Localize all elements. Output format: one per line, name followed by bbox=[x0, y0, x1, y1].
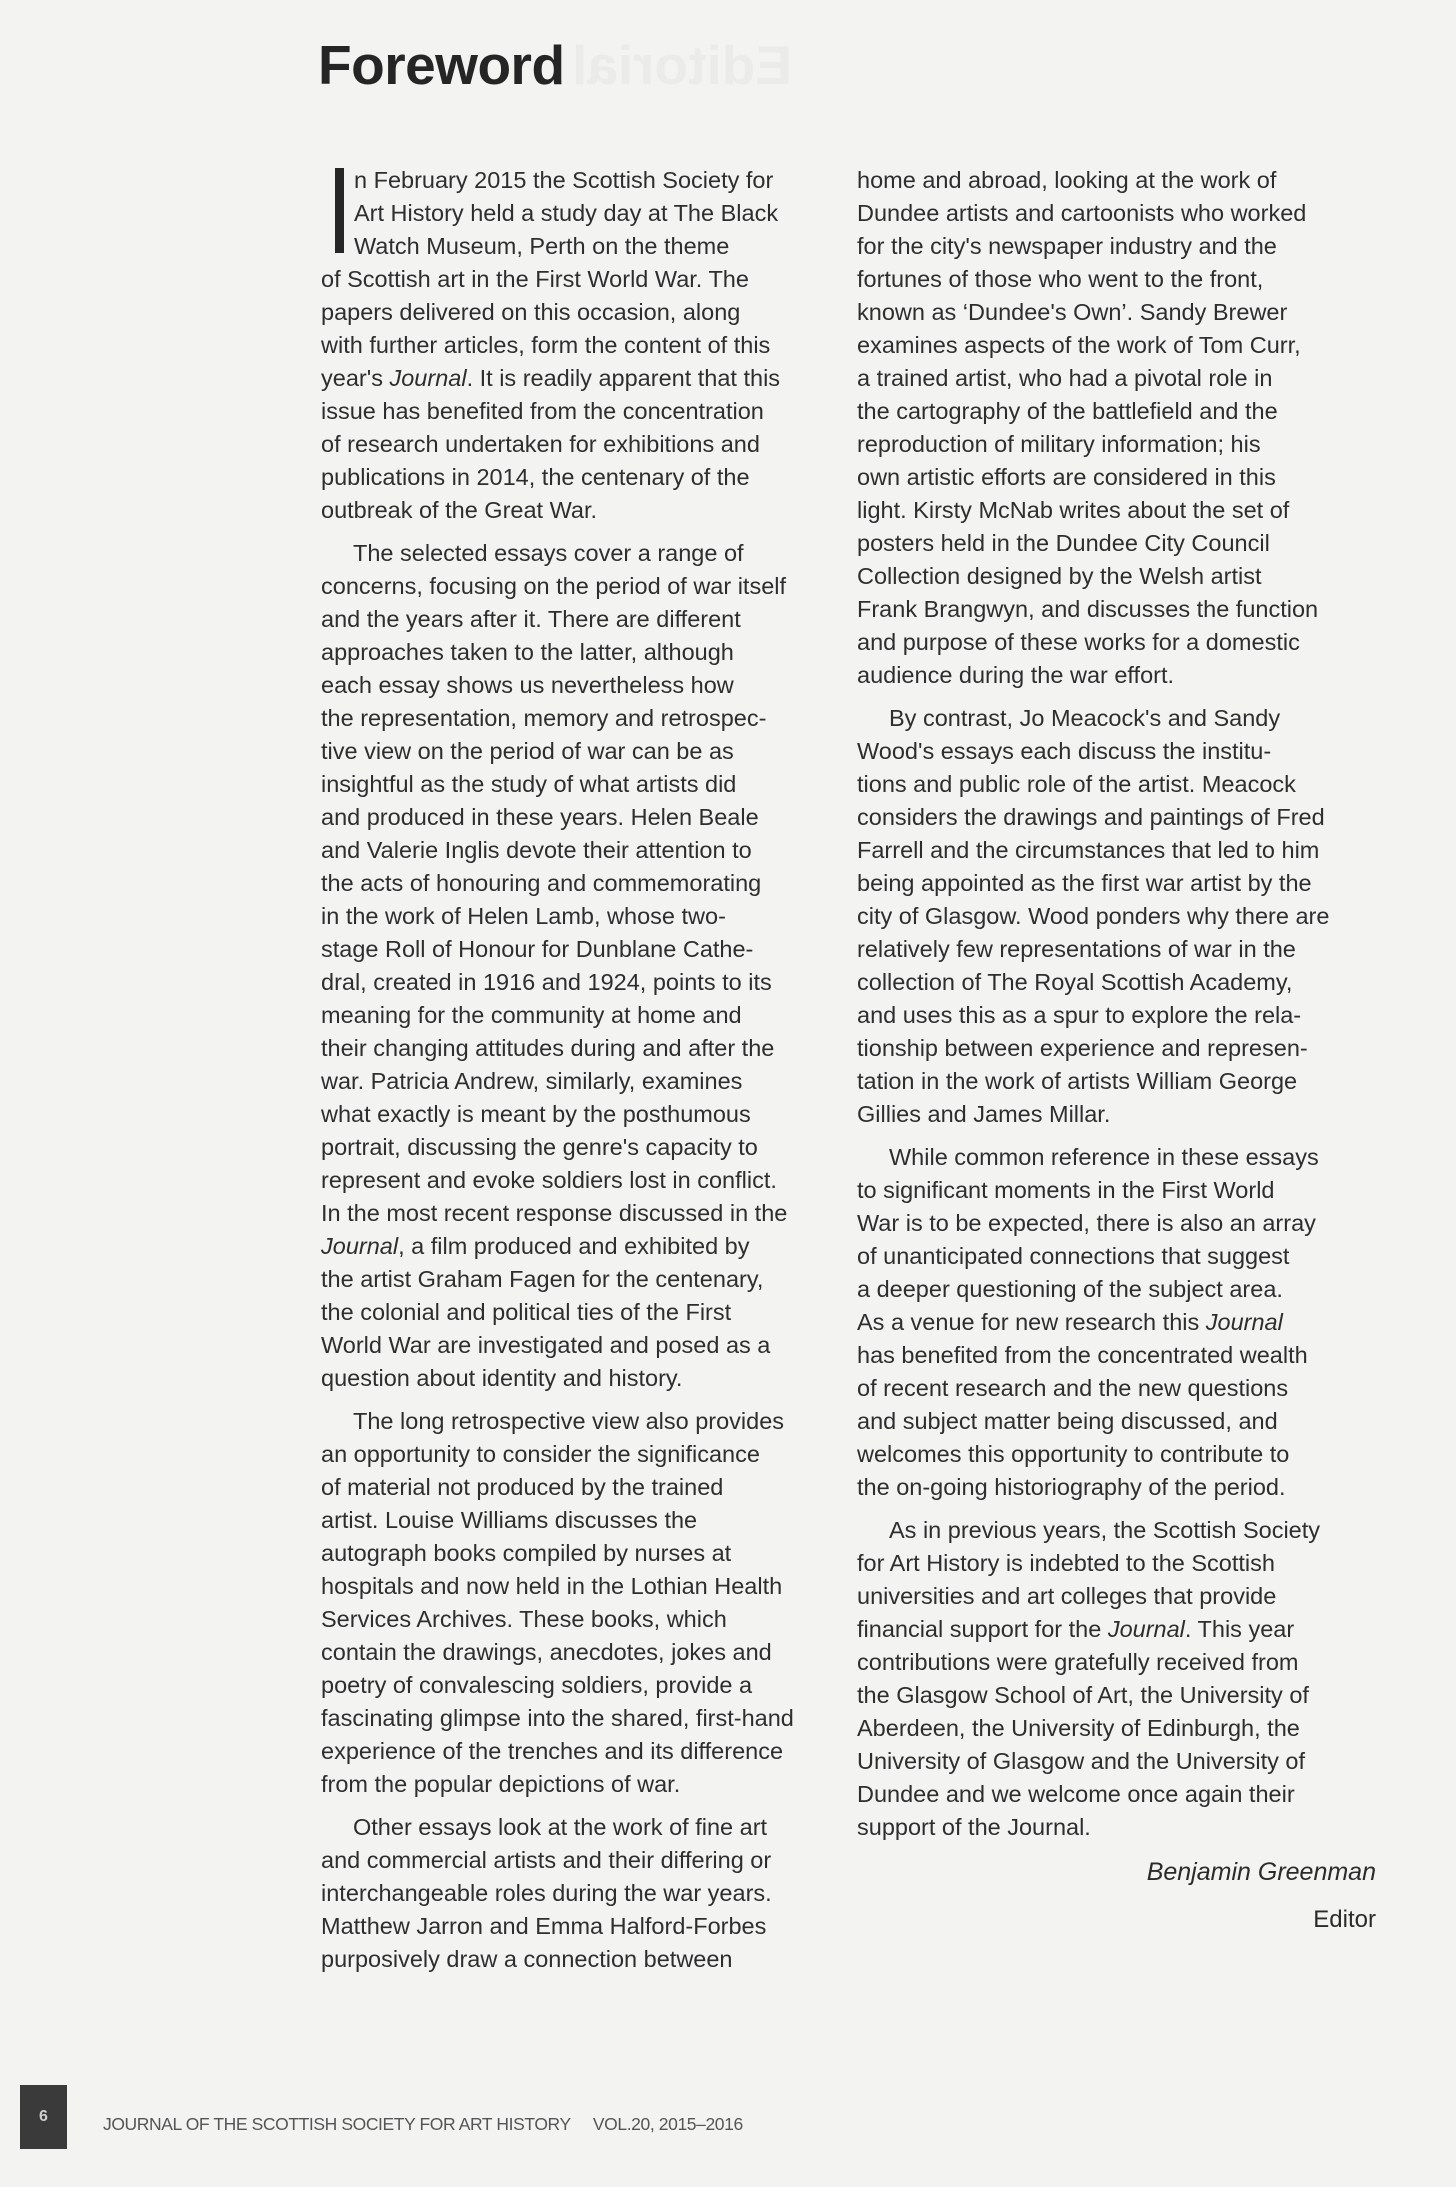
text-line: and produced in these years. Helen Beale bbox=[321, 801, 841, 834]
text-line: represent and evoke soldiers lost in con… bbox=[321, 1164, 841, 1197]
signature-name: Benjamin Greenman bbox=[1147, 1858, 1376, 1887]
text-line: and uses this as a spur to explore the r… bbox=[857, 999, 1377, 1032]
text-line: Aberdeen, the University of Edinburgh, t… bbox=[857, 1712, 1377, 1745]
text-line: contain the drawings, anecdotes, jokes a… bbox=[321, 1636, 841, 1669]
text-line: for the city's newspaper industry and th… bbox=[857, 230, 1377, 263]
text-line: light. Kirsty McNab writes about the set… bbox=[857, 494, 1377, 527]
journal-title: JOURNAL OF THE SCOTTISH SOCIETY FOR ART … bbox=[103, 2114, 570, 2134]
text-line: Farrell and the circumstances that led t… bbox=[857, 834, 1377, 867]
text-line: home and abroad, looking at the work of bbox=[857, 164, 1377, 197]
text-line: Art History held a study day at The Blac… bbox=[321, 197, 841, 230]
text-line: dral, created in 1916 and 1924, points t… bbox=[321, 966, 841, 999]
text-line: contributions were gratefully received f… bbox=[857, 1646, 1377, 1679]
text-line: issue has benefited from the concentrati… bbox=[321, 395, 841, 428]
italic-journal: Journal bbox=[1206, 1309, 1283, 1335]
text-line: Services Archives. These books, which bbox=[321, 1603, 841, 1636]
page-number-badge: 6 bbox=[20, 2085, 67, 2149]
text-line: an opportunity to consider the significa… bbox=[321, 1438, 841, 1471]
paragraph-continued: home and abroad, looking at the work ofD… bbox=[857, 164, 1377, 692]
text-line: and purpose of these works for a domesti… bbox=[857, 626, 1377, 659]
text-line: artist. Louise Williams discusses the bbox=[321, 1504, 841, 1537]
text-line: and subject matter being discussed, and bbox=[857, 1405, 1377, 1438]
text-line: concerns, focusing on the period of war … bbox=[321, 570, 841, 603]
text-line: publications in 2014, the centenary of t… bbox=[321, 461, 841, 494]
text-line: tive view on the period of war can be as bbox=[321, 735, 841, 768]
text-line: has benefited from the concentrated weal… bbox=[857, 1339, 1377, 1372]
right-column: home and abroad, looking at the work ofD… bbox=[857, 164, 1377, 1854]
text-line: universities and art colleges that provi… bbox=[857, 1580, 1377, 1613]
text-line: of recent research and the new questions bbox=[857, 1372, 1377, 1405]
volume-years: 2015–2016 bbox=[659, 2114, 743, 2134]
page-number: 6 bbox=[39, 2108, 48, 2126]
text-line: autograph books compiled by nurses at bbox=[321, 1537, 841, 1570]
text-line: Watch Museum, Perth on the theme bbox=[321, 230, 841, 263]
text-line: tation in the work of artists William Ge… bbox=[857, 1065, 1377, 1098]
text-line: portrait, discussing the genre's capacit… bbox=[321, 1131, 841, 1164]
text-line: papers delivered on this occasion, along bbox=[321, 296, 841, 329]
text-line: While common reference in these essays bbox=[857, 1141, 1377, 1174]
left-column: n February 2015 the Scottish Society for… bbox=[321, 164, 841, 1986]
text-line: tions and public role of the artist. Mea… bbox=[857, 768, 1377, 801]
text-line: relatively few representations of war in… bbox=[857, 933, 1377, 966]
text-line: Dundee and we welcome once again their bbox=[857, 1778, 1377, 1811]
paragraph: By contrast, Jo Meacock's and SandyWood'… bbox=[857, 702, 1377, 1131]
text-line: question about identity and history. bbox=[321, 1362, 841, 1395]
text-line: a trained artist, who had a pivotal role… bbox=[857, 362, 1377, 395]
text-line: Matthew Jarron and Emma Halford-Forbes bbox=[321, 1910, 841, 1943]
text-line: tionship between experience and represen… bbox=[857, 1032, 1377, 1065]
paragraph: The long retrospective view also provide… bbox=[321, 1405, 841, 1801]
text-line: collection of The Royal Scottish Academy… bbox=[857, 966, 1377, 999]
text-line: Wood's essays each discuss the institu- bbox=[857, 735, 1377, 768]
text-line: welcomes this opportunity to contribute … bbox=[857, 1438, 1377, 1471]
paragraph: The selected essays cover a range ofconc… bbox=[321, 537, 841, 1395]
text-line: Dundee artists and cartoonists who worke… bbox=[857, 197, 1377, 230]
text-line: Gillies and James Millar. bbox=[857, 1098, 1377, 1131]
text-line: of material not produced by the trained bbox=[321, 1471, 841, 1504]
text-line: war. Patricia Andrew, similarly, examine… bbox=[321, 1065, 841, 1098]
text-line: the on-going historiography of the perio… bbox=[857, 1471, 1377, 1504]
text-line: fascinating glimpse into the shared, fir… bbox=[321, 1702, 841, 1735]
text-line: poetry of convalescing soldiers, provide… bbox=[321, 1669, 841, 1702]
text-line: stage Roll of Honour for Dunblane Cathe- bbox=[321, 933, 841, 966]
text-line: and Valerie Inglis devote their attentio… bbox=[321, 834, 841, 867]
text-line: hospitals and now held in the Lothian He… bbox=[321, 1570, 841, 1603]
text-line: own artistic efforts are considered in t… bbox=[857, 461, 1377, 494]
text-line: their changing attitudes during and afte… bbox=[321, 1032, 841, 1065]
running-footer: JOURNAL OF THE SCOTTISH SOCIETY FOR ART … bbox=[103, 2114, 743, 2135]
text-line: to significant moments in the First Worl… bbox=[857, 1174, 1377, 1207]
text-line: financial support for the Journal. This … bbox=[857, 1613, 1377, 1646]
text-line: of research undertaken for exhibitions a… bbox=[321, 428, 841, 461]
text-line: meaning for the community at home and bbox=[321, 999, 841, 1032]
italic-journal: Journal bbox=[389, 365, 466, 391]
text-line: with further articles, form the content … bbox=[321, 329, 841, 362]
text-line: World War are investigated and posed as … bbox=[321, 1329, 841, 1362]
text-line: In the most recent response discussed in… bbox=[321, 1197, 841, 1230]
text-line: of unanticipated connections that sugges… bbox=[857, 1240, 1377, 1273]
text-line: known as ‘Dundee's Own’. Sandy Brewer bbox=[857, 296, 1377, 329]
text-line: posters held in the Dundee City Council bbox=[857, 527, 1377, 560]
text-line: outbreak of the Great War. bbox=[321, 494, 841, 527]
text-line: fortunes of those who went to the front, bbox=[857, 263, 1377, 296]
text-line: Frank Brangwyn, and discusses the functi… bbox=[857, 593, 1377, 626]
text-line: The long retrospective view also provide… bbox=[321, 1405, 841, 1438]
italic-journal: Journal bbox=[321, 1233, 398, 1259]
text-line: a deeper questioning of the subject area… bbox=[857, 1273, 1377, 1306]
text-line: the cartography of the battlefield and t… bbox=[857, 395, 1377, 428]
text-line: By contrast, Jo Meacock's and Sandy bbox=[857, 702, 1377, 735]
paragraph: As in previous years, the Scottish Socie… bbox=[857, 1514, 1377, 1844]
page-title: Foreword bbox=[318, 30, 565, 100]
text-line: War is to be expected, there is also an … bbox=[857, 1207, 1377, 1240]
drop-cap-i bbox=[335, 168, 344, 253]
paragraph: Other essays look at the work of fine ar… bbox=[321, 1811, 841, 1976]
text-line: and commercial artists and their differi… bbox=[321, 1844, 841, 1877]
text-line: in the work of Helen Lamb, whose two- bbox=[321, 900, 841, 933]
text-line: approaches taken to the latter, although bbox=[321, 636, 841, 669]
text-line: city of Glasgow. Wood ponders why there … bbox=[857, 900, 1377, 933]
paragraph: While common reference in these essaysto… bbox=[857, 1141, 1377, 1504]
volume-label: VOL.20, bbox=[593, 2114, 654, 2134]
italic-journal: Journal bbox=[1108, 1616, 1185, 1642]
bleed-through-title: Editorial bbox=[572, 30, 792, 100]
text-line: being appointed as the first war artist … bbox=[857, 867, 1377, 900]
text-line: examines aspects of the work of Tom Curr… bbox=[857, 329, 1377, 362]
text-line: As a venue for new research this Journal bbox=[857, 1306, 1377, 1339]
text-line: each essay shows us nevertheless how bbox=[321, 669, 841, 702]
text-line: experience of the trenches and its diffe… bbox=[321, 1735, 841, 1768]
text-line: what exactly is meant by the posthumous bbox=[321, 1098, 841, 1131]
text-line: n February 2015 the Scottish Society for bbox=[321, 164, 841, 197]
text-line: purposively draw a connection between bbox=[321, 1943, 841, 1976]
text-line: the artist Graham Fagen for the centenar… bbox=[321, 1263, 841, 1296]
text-line: of Scottish art in the First World War. … bbox=[321, 263, 841, 296]
text-line: audience during the war effort. bbox=[857, 659, 1377, 692]
text-line: from the popular depictions of war. bbox=[321, 1768, 841, 1801]
text-line: The selected essays cover a range of bbox=[321, 537, 841, 570]
text-line: considers the drawings and paintings of … bbox=[857, 801, 1377, 834]
signature-role: Editor bbox=[1313, 1906, 1376, 1934]
text-line: University of Glasgow and the University… bbox=[857, 1745, 1377, 1778]
text-line: year's Journal. It is readily apparent t… bbox=[321, 362, 841, 395]
text-line: Collection designed by the Welsh artist bbox=[857, 560, 1377, 593]
text-line: As in previous years, the Scottish Socie… bbox=[857, 1514, 1377, 1547]
text-line: Other essays look at the work of fine ar… bbox=[321, 1811, 841, 1844]
text-line: the representation, memory and retrospec… bbox=[321, 702, 841, 735]
paragraph-intro: n February 2015 the Scottish Society for… bbox=[321, 164, 841, 527]
text-line: the colonial and political ties of the F… bbox=[321, 1296, 841, 1329]
text-line: reproduction of military information; hi… bbox=[857, 428, 1377, 461]
text-line: the Glasgow School of Art, the Universit… bbox=[857, 1679, 1377, 1712]
text-line: interchangeable roles during the war yea… bbox=[321, 1877, 841, 1910]
text-line: for Art History is indebted to the Scott… bbox=[857, 1547, 1377, 1580]
text-line: support of the Journal. bbox=[857, 1811, 1377, 1844]
text-line: and the years after it. There are differ… bbox=[321, 603, 841, 636]
text-line: insightful as the study of what artists … bbox=[321, 768, 841, 801]
text-line: Journal, a film produced and exhibited b… bbox=[321, 1230, 841, 1263]
text-line: the acts of honouring and commemorating bbox=[321, 867, 841, 900]
